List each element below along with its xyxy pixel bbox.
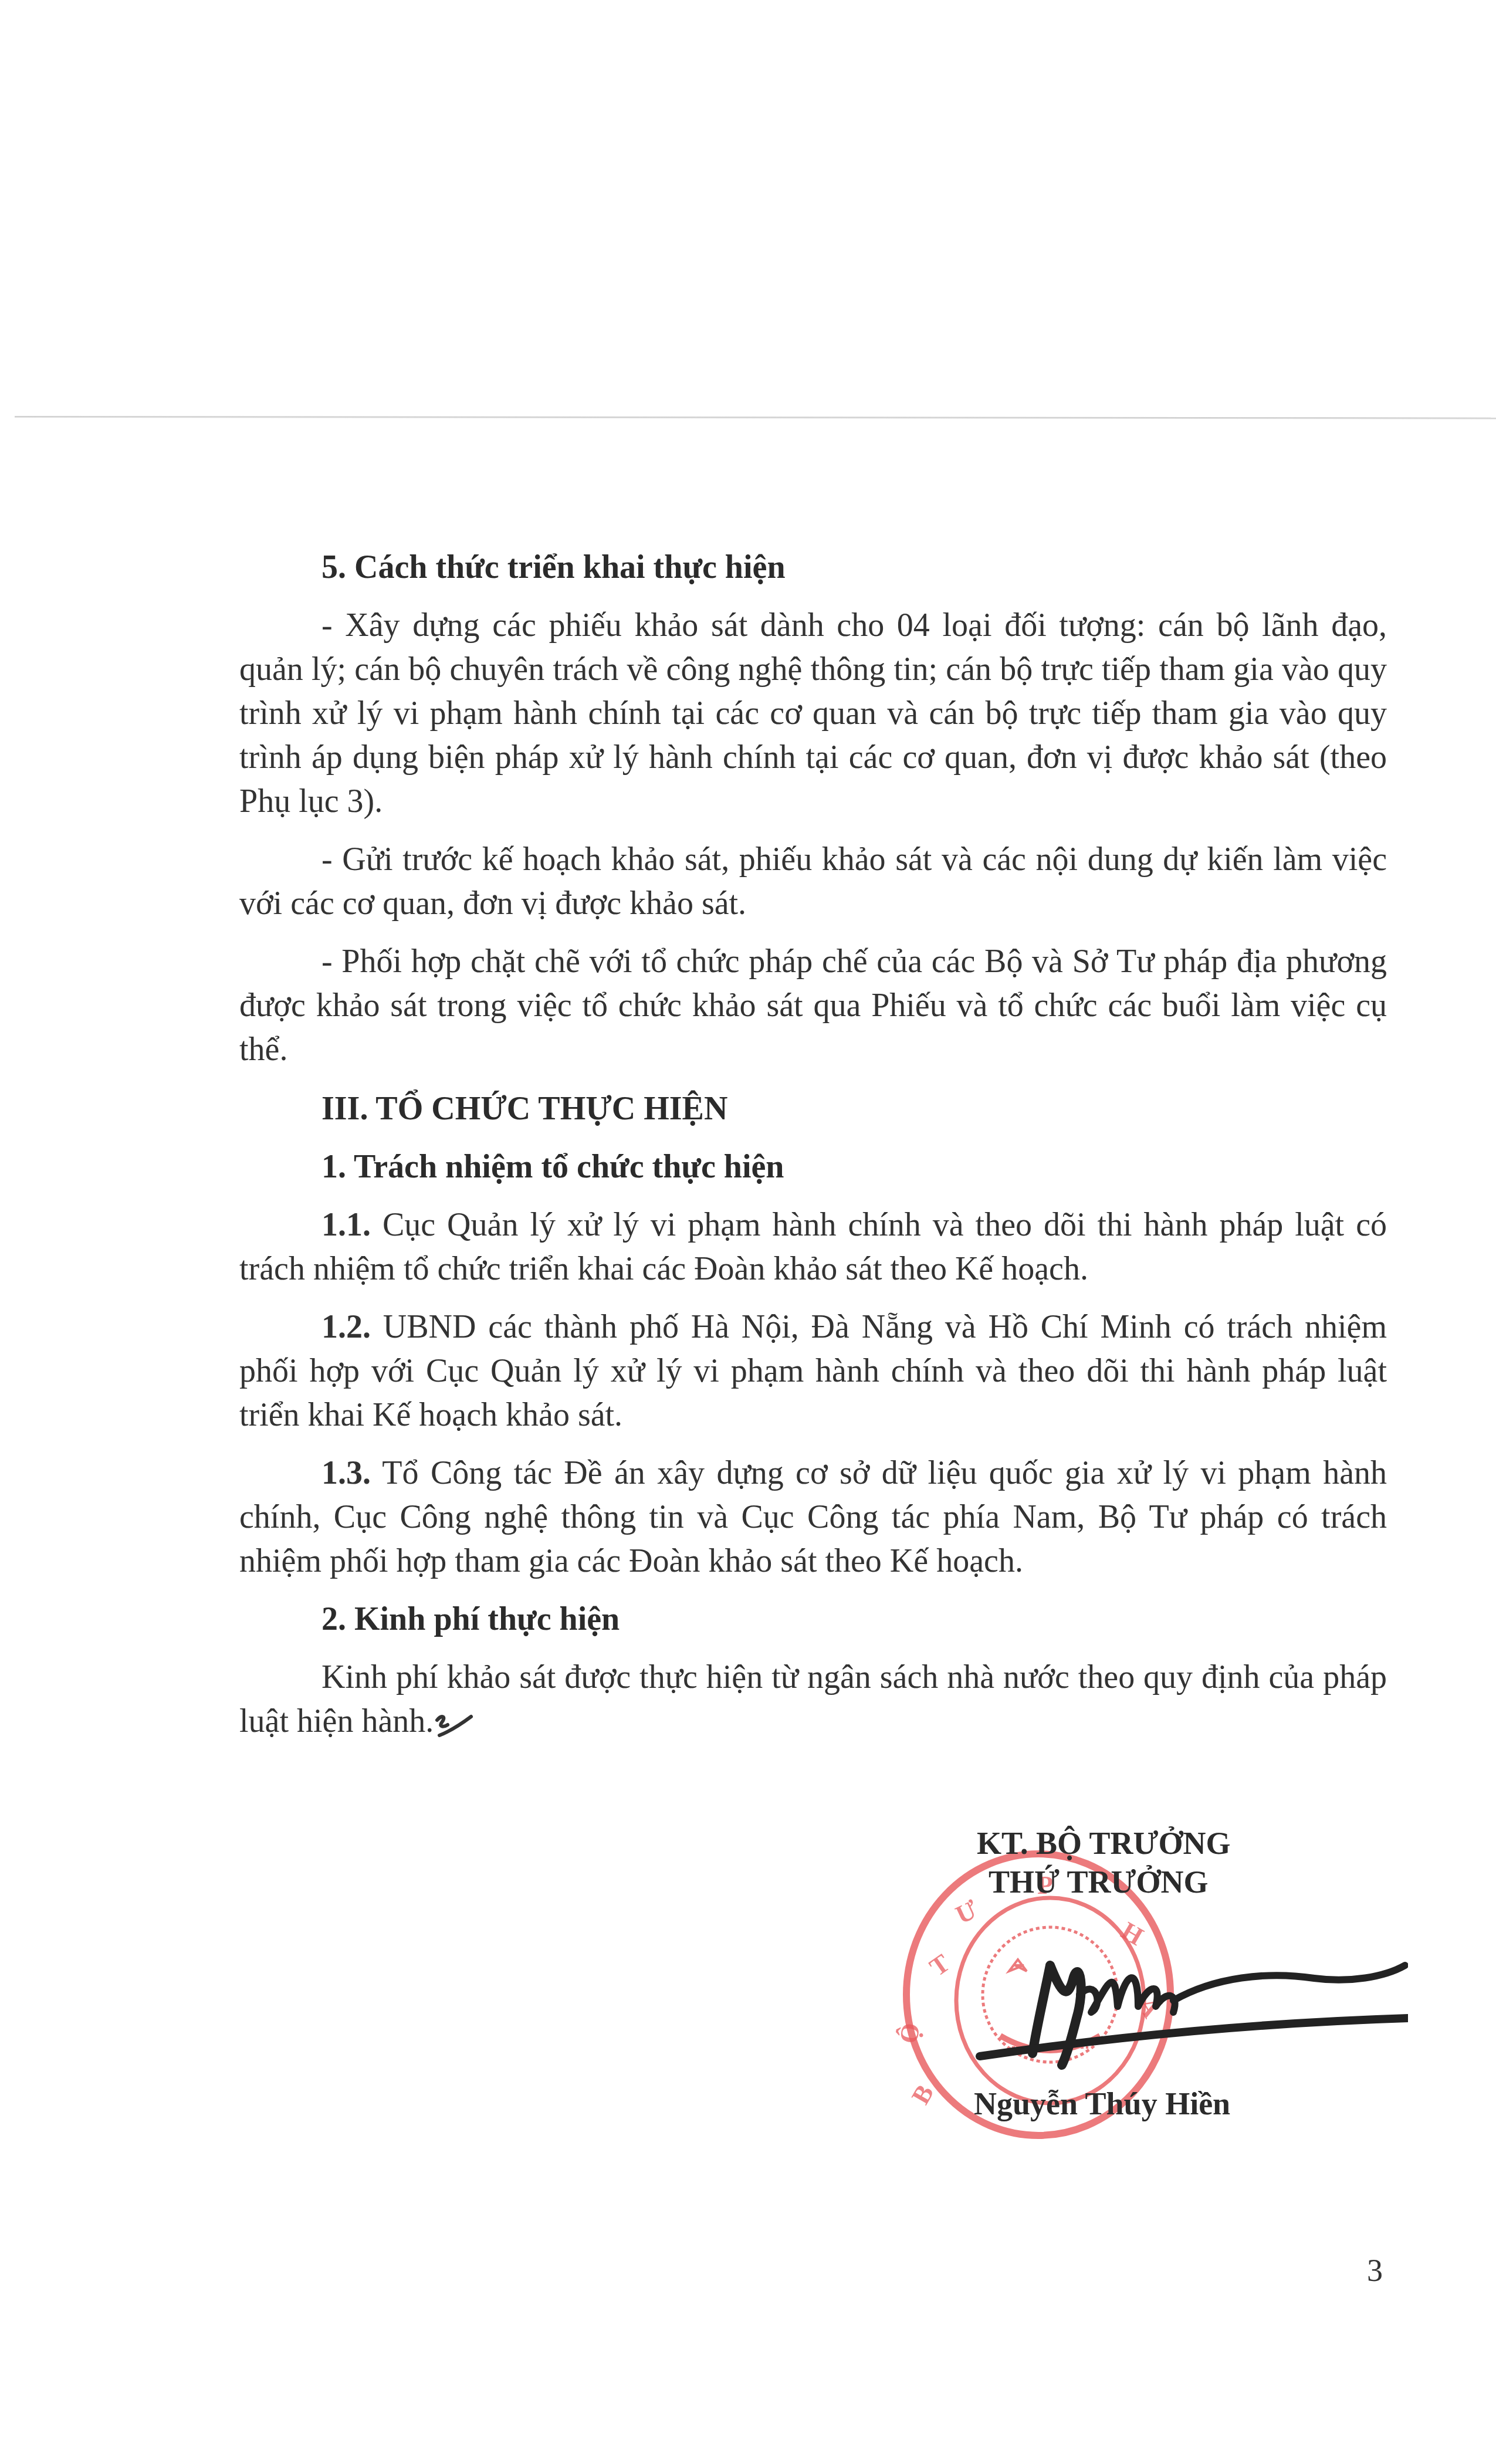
scan-edge-line [15,416,1496,419]
item-text: Tổ Công tác Đề án xây dựng cơ sở dữ liệu… [239,1455,1387,1579]
responsibility-heading: 1. Trách nhiệm tổ chức thực hiện [239,1145,1387,1189]
signer-title-line-1: KT. BỘ TRƯỞNG [977,1825,1305,1862]
svg-text:Ư: Ư [952,1895,982,1930]
section-5-paragraph-1: - Xây dựng các phiếu khảo sát dành cho 0… [239,604,1387,824]
svg-text:T: T [925,1948,955,1982]
signer-title-line-2: THỨ TRƯỞNG [989,1863,1317,1901]
signature-block: T Ư P H Á Ộ B KT. BỘ TRƯỞNG THỨ TRƯỞNG N… [892,1813,1420,2177]
item-number: 1.2. [321,1309,371,1345]
document-page: 5. Cách thức triển khai thực hiện - Xây … [239,546,1387,1744]
item-number: 1.3. [321,1455,371,1491]
funding-paragraph: Kinh phí khảo sát được thực hiện từ ngân… [239,1656,1387,1744]
responsibility-item-1-1: 1.1. Cục Quản lý xử lý vi phạm hành chín… [239,1203,1387,1291]
section-5-paragraph-3: - Phối hợp chặt chẽ với tổ chức pháp chế… [239,940,1387,1072]
responsibility-item-1-2: 1.2. UBND các thành phố Hà Nội, Đà Nẵng … [239,1305,1387,1437]
handwritten-signature-icon [962,1942,1408,2071]
responsibility-item-1-3: 1.3. Tổ Công tác Đề án xây dựng cơ sở dữ… [239,1451,1387,1583]
section-5-paragraph-2: - Gửi trước kế hoạch khảo sát, phiếu khả… [239,838,1387,926]
item-number: 1.1. [321,1207,371,1243]
funding-text: Kinh phí khảo sát được thực hiện từ ngân… [239,1659,1387,1739]
section-III-heading: III. TỔ CHỨC THỰC HIỆN [239,1087,1387,1131]
svg-text:Ộ: Ộ [894,2021,926,2046]
item-text: UBND các thành phố Hà Nội, Đà Nẵng và Hồ… [239,1309,1387,1433]
signer-name: Nguyễn Thúy Hiền [974,2085,1230,2123]
page-number: 3 [1367,2253,1383,2288]
section-5-heading: 5. Cách thức triển khai thực hiện [239,546,1387,590]
funding-heading: 2. Kinh phí thực hiện [239,1597,1387,1641]
initial-mark-icon [434,1708,475,1744]
item-text: Cục Quản lý xử lý vi phạm hành chính và … [239,1207,1387,1287]
